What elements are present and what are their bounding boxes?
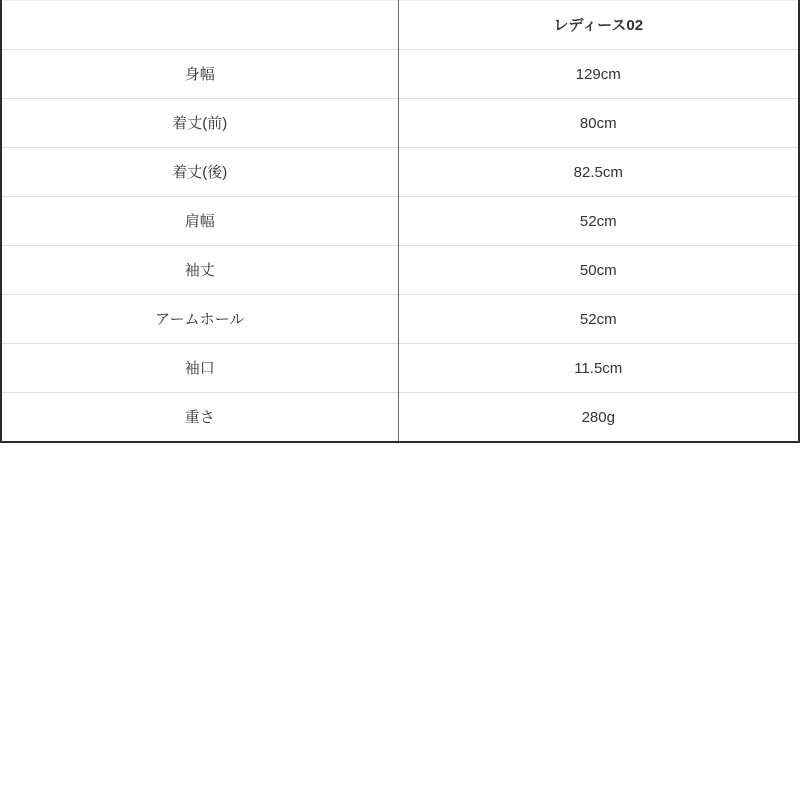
header-row: レディース02: [1, 1, 799, 50]
spec-value: 50cm: [398, 246, 799, 295]
table-row: 身幅 129cm: [1, 50, 799, 99]
spec-label: 袖口: [1, 344, 398, 393]
table-row: 着丈(後) 82.5cm: [1, 148, 799, 197]
spec-label: 着丈(後): [1, 148, 398, 197]
spec-label: 着丈(前): [1, 99, 398, 148]
page-background: レディース02 身幅 129cm 着丈(前) 80cm 着丈(後) 82.5cm…: [0, 0, 800, 800]
spec-value: 80cm: [398, 99, 799, 148]
size-table-body: 身幅 129cm 着丈(前) 80cm 着丈(後) 82.5cm 肩幅 52cm…: [1, 50, 799, 443]
table-row: 袖口 11.5cm: [1, 344, 799, 393]
size-spec-table: レディース02 身幅 129cm 着丈(前) 80cm 着丈(後) 82.5cm…: [0, 0, 800, 443]
table-row: アームホール 52cm: [1, 295, 799, 344]
spec-label: 肩幅: [1, 197, 398, 246]
spec-value: 82.5cm: [398, 148, 799, 197]
table-row: 袖丈 50cm: [1, 246, 799, 295]
spec-value: 11.5cm: [398, 344, 799, 393]
spec-label: 重さ: [1, 393, 398, 443]
table-row: 肩幅 52cm: [1, 197, 799, 246]
spec-label: 袖丈: [1, 246, 398, 295]
spec-value: 52cm: [398, 295, 799, 344]
spec-value: 52cm: [398, 197, 799, 246]
header-size-name: レディース02: [398, 1, 799, 50]
spec-label: アームホール: [1, 295, 398, 344]
spec-value: 129cm: [398, 50, 799, 99]
header-empty-cell: [1, 1, 398, 50]
table-row: 着丈(前) 80cm: [1, 99, 799, 148]
spec-label: 身幅: [1, 50, 398, 99]
spec-value: 280g: [398, 393, 799, 443]
table-row: 重さ 280g: [1, 393, 799, 443]
